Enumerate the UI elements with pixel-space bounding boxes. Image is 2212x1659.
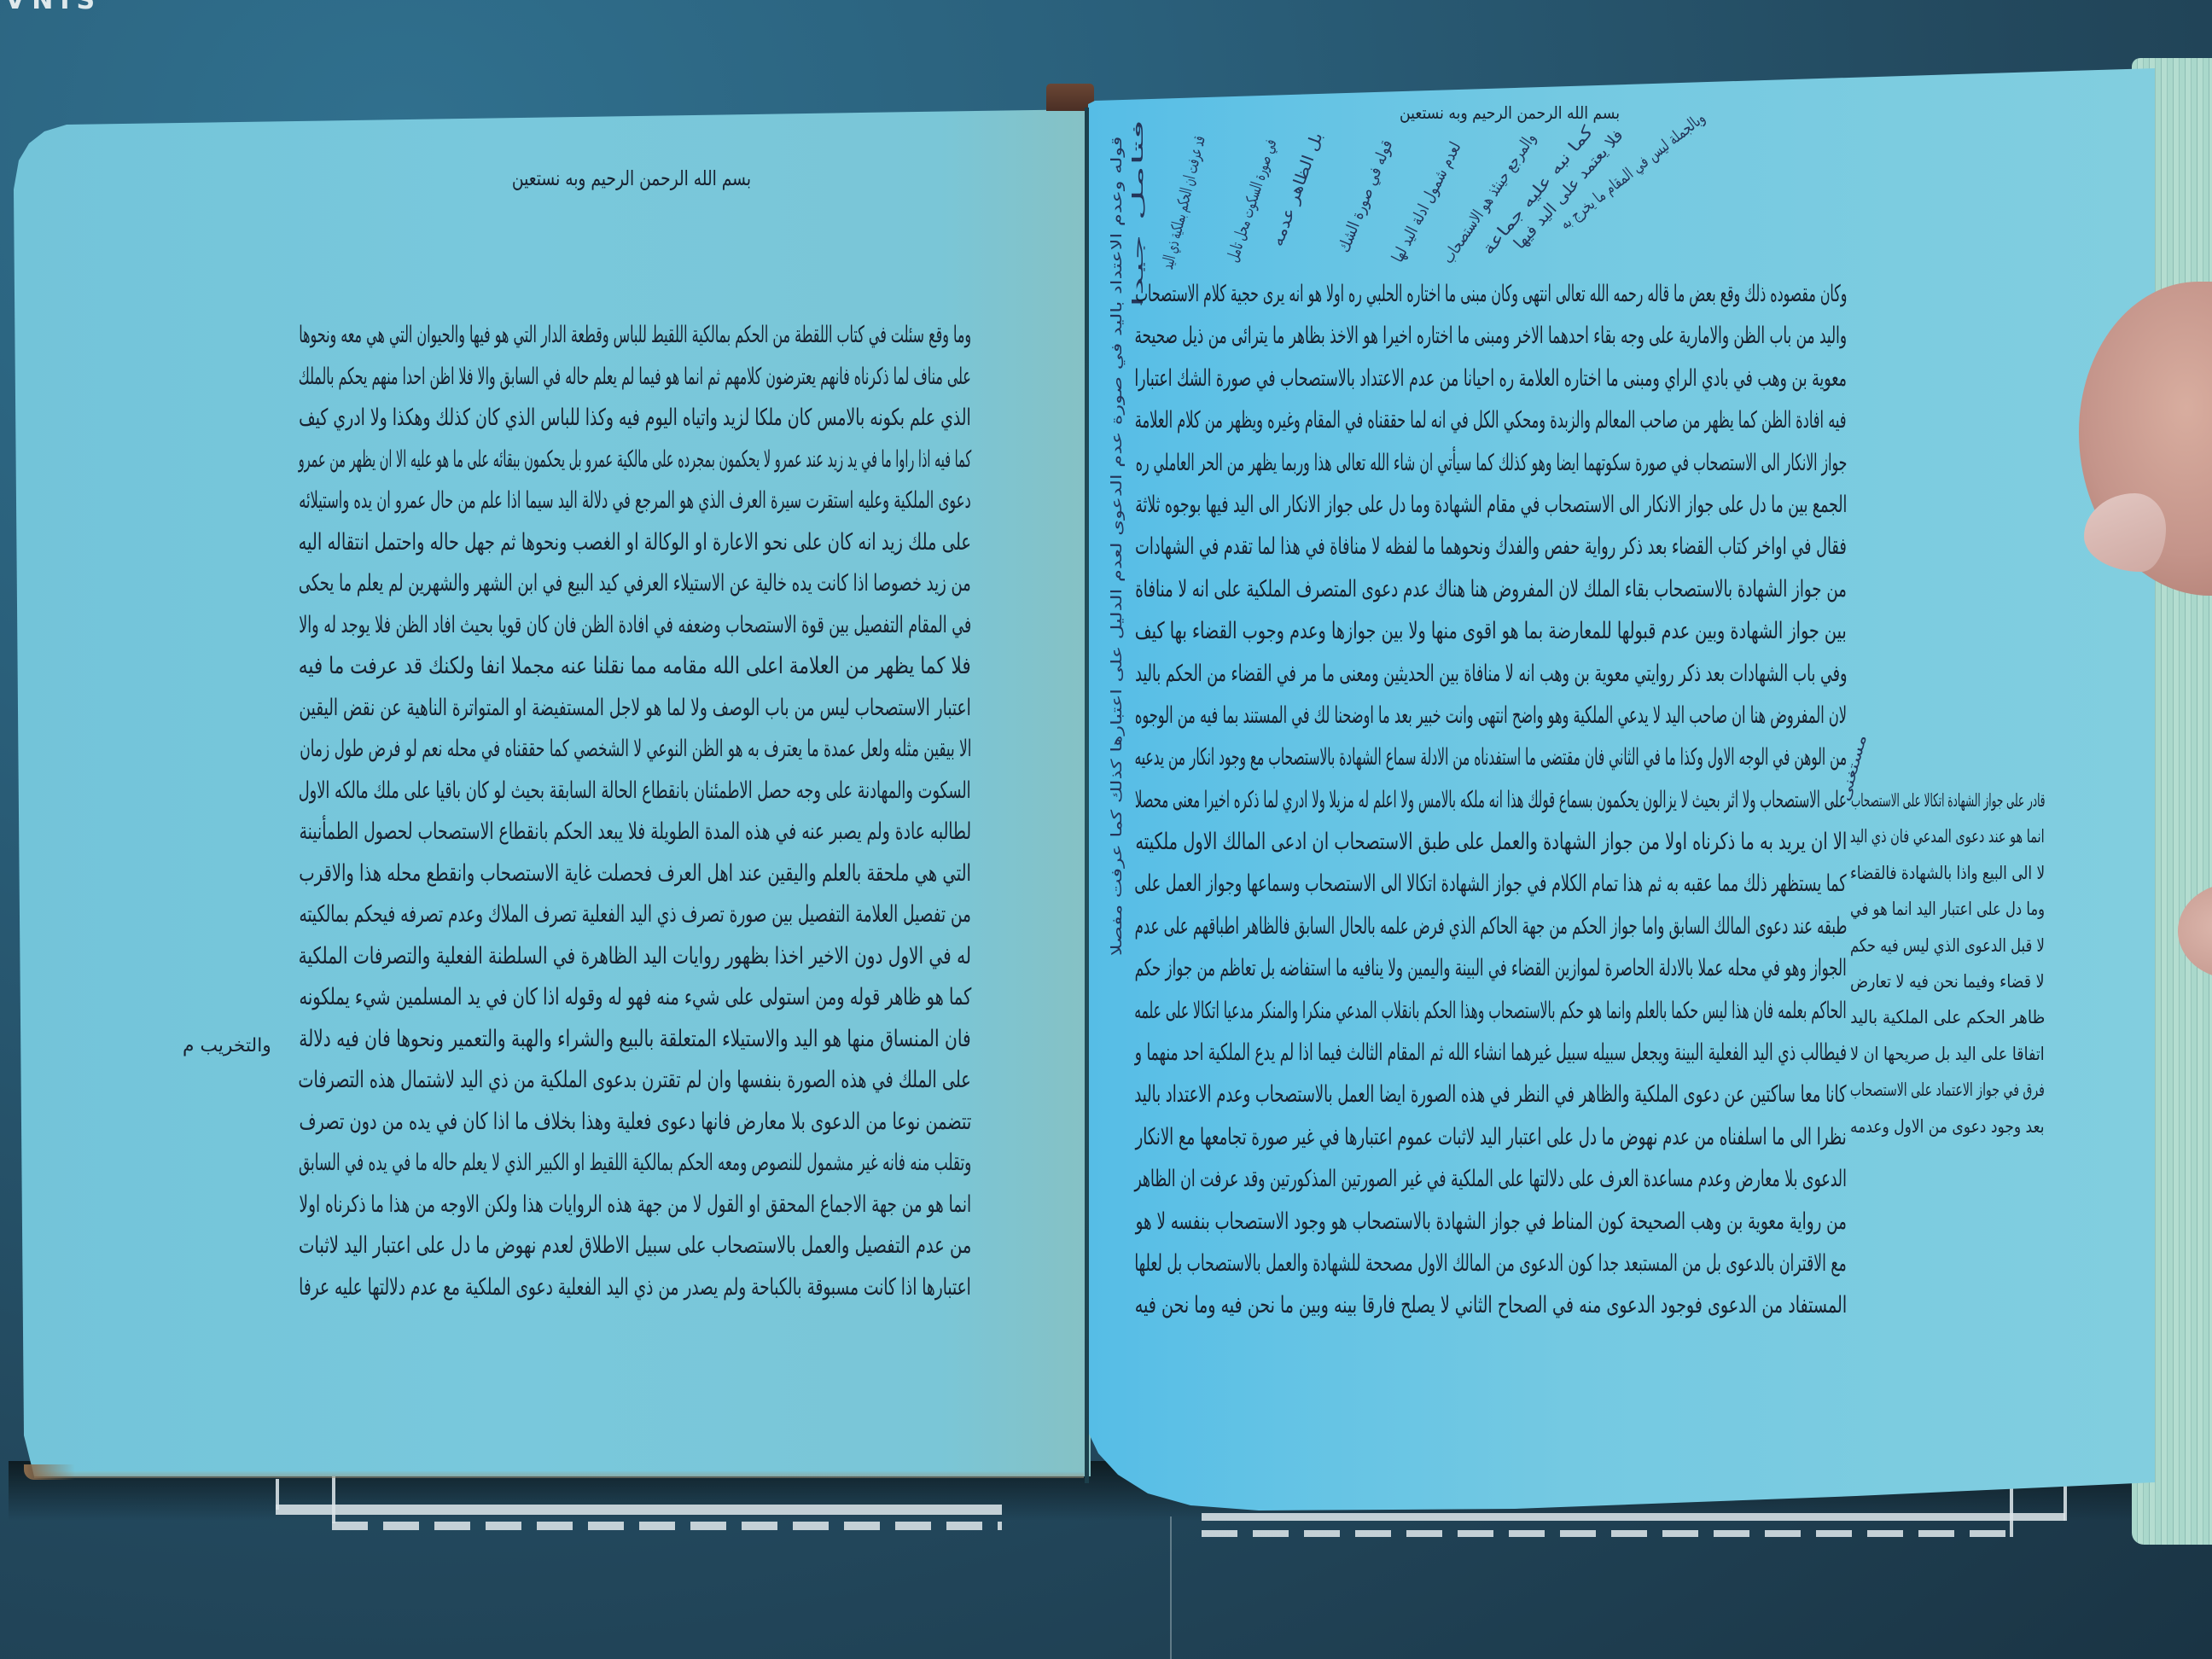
manuscript-line: الجواز وهو في محله عملا بالادلة الحاصرة … — [1135, 947, 1847, 989]
side-note-line: قادر على جواز الشهادة اتكالا على الاستصح… — [1850, 783, 2045, 818]
manuscript-line: بين جواز الشهادة وبين عدم قبولها للمعارض… — [1135, 610, 1847, 652]
left-page-header: بسم الله الرحمن الرحيم وبه نستعين — [512, 160, 751, 196]
manuscript-line: فيطالب ذي اليد الفعلية البينة ويجعل سبيل… — [1135, 1032, 1847, 1074]
text-row: الدعوى بلا معارض وعدم مساعدة العرف على د… — [1135, 1158, 1847, 1200]
text-row: وما دل على اعتبار اليد انما هو في — [1850, 891, 2045, 927]
manuscript-line: نظرا الى ما اسلفناه من عدم نهوض ما دل عل… — [1136, 1116, 1847, 1158]
side-note-line: لا الى البيع واذا بالشهادة فالقضاء — [1850, 855, 2045, 891]
side-note-line: وما دل على اعتبار اليد انما هو في — [1850, 891, 2045, 927]
text-row: الجواز وهو في محله عملا بالادلة الحاصرة … — [1135, 947, 1847, 989]
text-row: وفي باب الشهادات بعد ذكر روايتي معوية بن… — [1135, 653, 1847, 695]
basmala-heading: بسم الله الرحمن الرحيم وبه نستعين — [1400, 99, 1620, 126]
manuscript-line: المستفاد من الدعوى فوجود الدعوى منه في ا… — [1135, 1284, 1847, 1326]
text-row: لا قبل الدعوى الذي ليس فيه حكم — [1850, 928, 2045, 963]
manuscript-line: لان المفروض هنا ان صاحب اليد لا يدعي الم… — [1135, 695, 1847, 736]
text-row: لا قضاء وفيما نحن فيه لا تعارض — [1850, 963, 2045, 999]
side-note-line: انما هو عند دعوى المدعي فان ذي اليد — [1850, 818, 2045, 854]
manuscript-line: الجمع بين ما دل على جواز الانكار الى الا… — [1135, 484, 1847, 526]
side-note-line: لا قضاء وفيما نحن فيه لا تعارض — [1850, 963, 2045, 999]
board-guide-line — [1202, 1513, 2065, 1521]
text-row: فيه افادة الظن كما يظهر من صاحب المعالم … — [1135, 399, 1847, 441]
text-row: من جواز الشهادة بالاستصحاب بقاء الملك لا… — [1135, 568, 1847, 610]
board-guide-tick — [332, 1476, 335, 1523]
board-guide-tick — [276, 1479, 279, 1510]
manuscript-line: فقال في اواخر كتاب القضاء بعد ذكر رواية … — [1135, 526, 1847, 568]
text-row: واليد من باب الظن والامارية على وجه بقاء… — [1135, 315, 1847, 357]
right-side-note: قادر على جواز الشهادة اتكالا على الاستصح… — [1850, 783, 2045, 1144]
worn-page-corner — [24, 1464, 75, 1480]
text-row: نظرا الى ما اسلفناه من عدم نهوض ما دل عل… — [1135, 1116, 1847, 1158]
board-dashed-line — [1202, 1530, 2011, 1537]
manuscript-line: كما يستظهر ذلك مما عقبه به ثم هذا تمام ا… — [1135, 863, 1847, 905]
worn-page-edge — [34, 1471, 1084, 1478]
text-row: انما هو عند دعوى المدعي فان ذي اليد — [1850, 818, 2045, 854]
text-row: لا الى البيع واذا بالشهادة فالقضاء — [1850, 855, 2045, 891]
manuscript-line: من رواية معوية بن وهب الصحيحة كون المناط… — [1136, 1201, 1847, 1243]
text-row: اتفاقا على اليد بل صريحها ان لا — [1850, 1036, 2045, 1072]
manuscript-line: الا ان يريد به ما ذكرناه اولا من جواز ال… — [1135, 821, 1847, 863]
text-row: الحاكم بعلمه فان هذا ليس حكما بالعلم وان… — [1135, 990, 1847, 1032]
basmala-heading: بسم الله الرحمن الرحيم وبه نستعين — [512, 160, 751, 196]
manuscript-line: وكان مقصوده ذلك وقع بعض ما قاله رحمه الل… — [1135, 273, 1847, 315]
text-row: قادر على جواز الشهادة اتكالا على الاستصح… — [1850, 783, 2045, 818]
manuscript-line: واليد من باب الظن والامارية على وجه بقاء… — [1134, 315, 1847, 357]
manuscript-line: الحاكم بعلمه فان هذا ليس حكما بالعلم وان… — [1135, 990, 1847, 1032]
manuscript-line: وفي باب الشهادات بعد ذكر روايتي معوية بن… — [1135, 653, 1847, 695]
manuscript-line: طبقه عند دعوى المالك السابق واما جواز ال… — [1134, 905, 1847, 947]
text-row: كانا معا ساكتين عن دعوى الملكية والظاهر … — [1135, 1074, 1847, 1115]
manuscript-line: جواز الانكار الى الاستصحاب في صورة سكوته… — [1135, 442, 1847, 484]
text-row: فيطالب ذي اليد الفعلية البينة ويجعل سبيل… — [1135, 1032, 1847, 1074]
right-page-header: بسم الله الرحمن الرحيم وبه نستعين — [1400, 99, 1620, 126]
side-note-line: ظاهر الحكم على الملكية باليد — [1850, 999, 2045, 1035]
text-row: جواز الانكار الى الاستصحاب في صورة سكوته… — [1135, 442, 1847, 484]
manuscript-line: كانا معا ساكتين عن دعوى الملكية والظاهر … — [1135, 1074, 1847, 1115]
board-center-line — [1170, 1516, 1172, 1659]
manuscript-line: من جواز الشهادة بالاستصحاب بقاء الملك لا… — [1135, 568, 1847, 610]
manuscript-line: الدعوى بلا معارض وعدم مساعدة العرف على د… — [1134, 1158, 1847, 1200]
board-label: VNIS — [5, 0, 102, 15]
text-row: فقال في اواخر كتاب القضاء بعد ذكر رواية … — [1135, 526, 1847, 568]
side-note-line: اتفاقا على اليد بل صريحها ان لا — [1850, 1036, 2045, 1072]
text-row: لان المفروض هنا ان صاحب اليد لا يدعي الم… — [1135, 695, 1847, 736]
manuscript-line: معوية بن وهب في بادي الراي ومبنى ما اختا… — [1134, 358, 1847, 399]
text-row: معوية بن وهب في بادي الراي ومبنى ما اختا… — [1135, 358, 1847, 399]
text-row: طبقه عند دعوى المالك السابق واما جواز ال… — [1135, 905, 1847, 947]
side-note-line: فرق في جواز الاعتماد على الاستصحاب — [1850, 1072, 2045, 1108]
text-row: المستفاد من الدعوى فوجود الدعوى منه في ا… — [1135, 1284, 1847, 1326]
text-row: فرق في جواز الاعتماد على الاستصحاب — [1850, 1072, 2045, 1108]
text-row: بين جواز الشهادة وبين عدم قبولها للمعارض… — [1135, 610, 1847, 652]
text-row: كما يستظهر ذلك مما عقبه به ثم هذا تمام ا… — [1135, 863, 1847, 905]
board-dashed-line — [332, 1522, 1002, 1530]
text-row: من الوهن في الوجه الاول وكذا ما في الثان… — [1135, 736, 1847, 778]
text-row: الجمع بين ما دل على جواز الانكار الى الا… — [1135, 484, 1847, 526]
manuscript-line: من الوهن في الوجه الاول وكذا ما في الثان… — [1134, 736, 1847, 778]
text-row: مع الاقتران بالدعوى بل من المستبعد جدا ك… — [1135, 1243, 1847, 1284]
text-row: ظاهر الحكم على الملكية باليد — [1850, 999, 2045, 1035]
side-note-line: لا قبل الدعوى الذي ليس فيه حكم — [1850, 928, 2045, 963]
board-guide-tick — [2064, 1483, 2067, 1521]
text-row: وكان مقصوده ذلك وقع بعض ما قاله رحمه الل… — [1135, 273, 1847, 315]
text-row: بعد وجود دعوى من الاول وعدمه — [1850, 1109, 2045, 1144]
manuscript-line: فيه افادة الظن كما يظهر من صاحب المعالم … — [1135, 399, 1847, 441]
text-row: من رواية معوية بن وهب الصحيحة كون المناط… — [1135, 1201, 1847, 1243]
manuscript-line: مع الاقتران بالدعوى بل من المستبعد جدا ك… — [1135, 1243, 1847, 1284]
text-row: الا ان يريد به ما ذكرناه اولا من جواز ال… — [1135, 821, 1847, 863]
board-guide-line — [276, 1505, 1002, 1515]
board-guide-tick — [2010, 1487, 2013, 1537]
side-note-line: بعد وجود دعوى من الاول وعدمه — [1850, 1109, 2045, 1144]
